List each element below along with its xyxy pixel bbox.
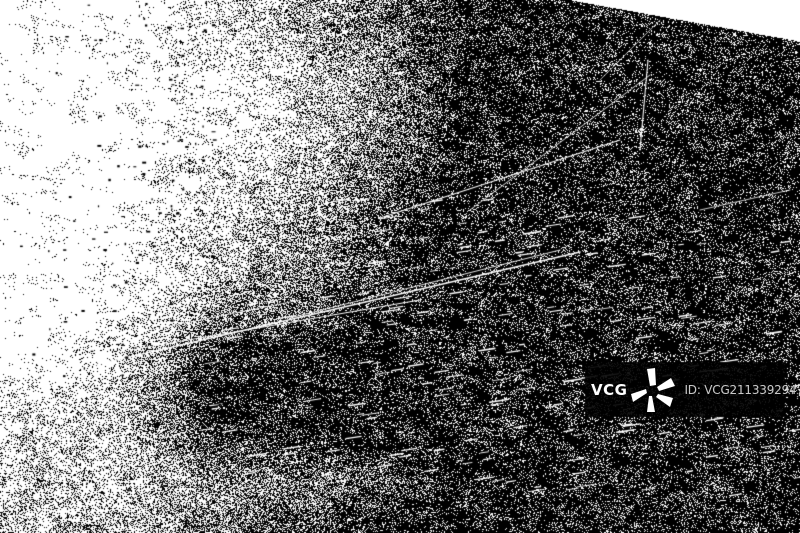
grunge-texture-canvas (0, 0, 800, 533)
grunge-texture-image: VCG ID: VCG211339294798 (0, 0, 800, 533)
